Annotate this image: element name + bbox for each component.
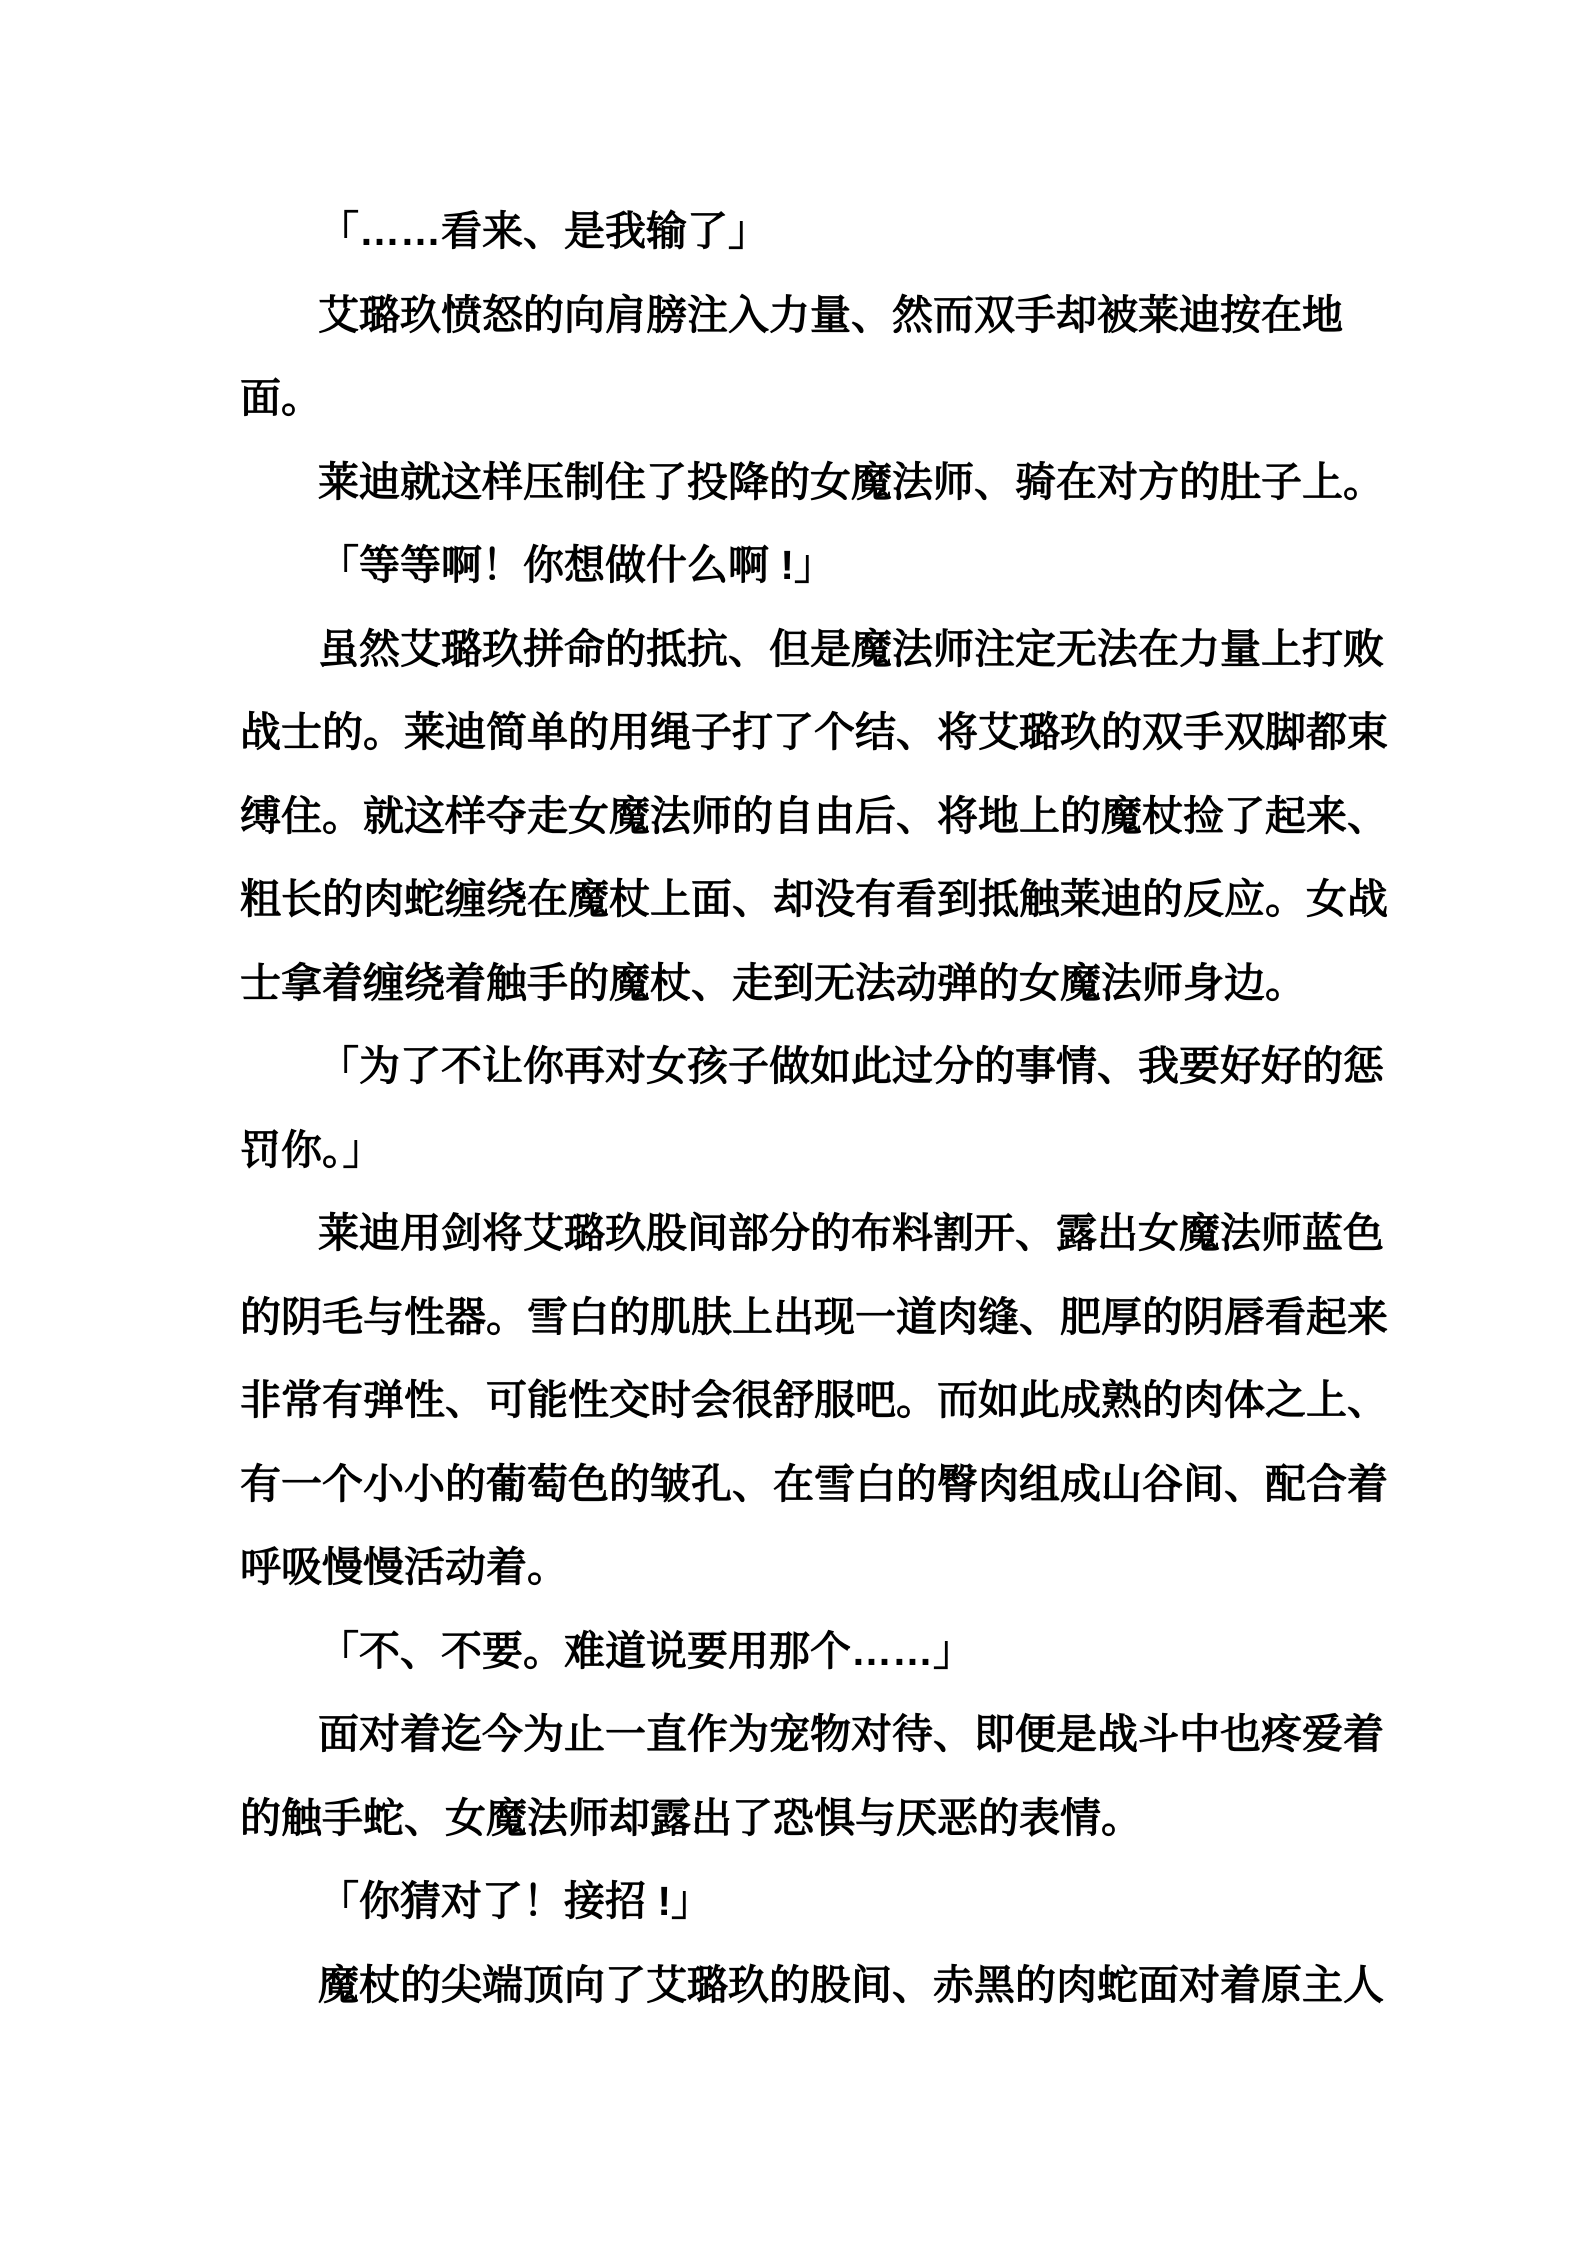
text-line: 的触手蛇、女魔法师却露出了恐惧与厌恶的表情。 <box>240 1777 1345 1861</box>
document-page: 「……看来、是我输了」 艾璐玖愤怒的向肩膀注入力量、然而双手却被莱迪按在地 面。… <box>0 0 1587 2245</box>
text-line: 战士的。莱迪简单的用绳子打了个结、将艾璐玖的双手双脚都束 <box>240 691 1345 775</box>
text-line: 缚住。就这样夺走女魔法师的自由后、将地上的魔杖捡了起来、 <box>240 775 1345 859</box>
text-line: 莱迪用剑将艾璐玖股间部分的布料割开、露出女魔法师蓝色 <box>240 1192 1345 1276</box>
text-line: 面。 <box>240 357 1345 441</box>
text-line: 艾璐玖愤怒的向肩膀注入力量、然而双手却被莱迪按在地 <box>240 274 1345 358</box>
text-line: 呼吸慢慢活动着。 <box>240 1526 1345 1610</box>
text-line: 莱迪就这样压制住了投降的女魔法师、骑在对方的肚子上。 <box>240 441 1345 525</box>
text-line: 的阴毛与性器。雪白的肌肤上出现一道肉缝、肥厚的阴唇看起来 <box>240 1276 1345 1360</box>
text-line: 有一个小小的葡萄色的皱孔、在雪白的臀肉组成山谷间、配合着 <box>240 1443 1345 1527</box>
text-line: 「等等啊！你想做什么啊 !」 <box>240 524 1345 608</box>
text-line: 粗长的肉蛇缠绕在魔杖上面、却没有看到抵触莱迪的反应。女战 <box>240 858 1345 942</box>
text-line: 虽然艾璐玖拼命的抵抗、但是魔法师注定无法在力量上打败 <box>240 608 1345 692</box>
text-line: 非常有弹性、可能性交时会很舒服吧。而如此成熟的肉体之上、 <box>240 1359 1345 1443</box>
text-line: 「……看来、是我输了」 <box>240 190 1345 274</box>
text-line: 士拿着缠绕着触手的魔杖、走到无法动弹的女魔法师身边。 <box>240 942 1345 1026</box>
text-line: 「不、不要。难道说要用那个……」 <box>240 1610 1345 1694</box>
text-line: 魔杖的尖端顶向了艾璐玖的股间、赤黑的肉蛇面对着原主人 <box>240 1944 1345 2028</box>
text-line: 面对着迄今为止一直作为宠物对待、即便是战斗中也疼爱着 <box>240 1693 1345 1777</box>
text-line: 「你猜对了！接招 !」 <box>240 1860 1345 1944</box>
text-line: 「为了不让你再对女孩子做如此过分的事情、我要好好的惩 <box>240 1025 1345 1109</box>
text-line: 罚你。」 <box>240 1109 1345 1193</box>
